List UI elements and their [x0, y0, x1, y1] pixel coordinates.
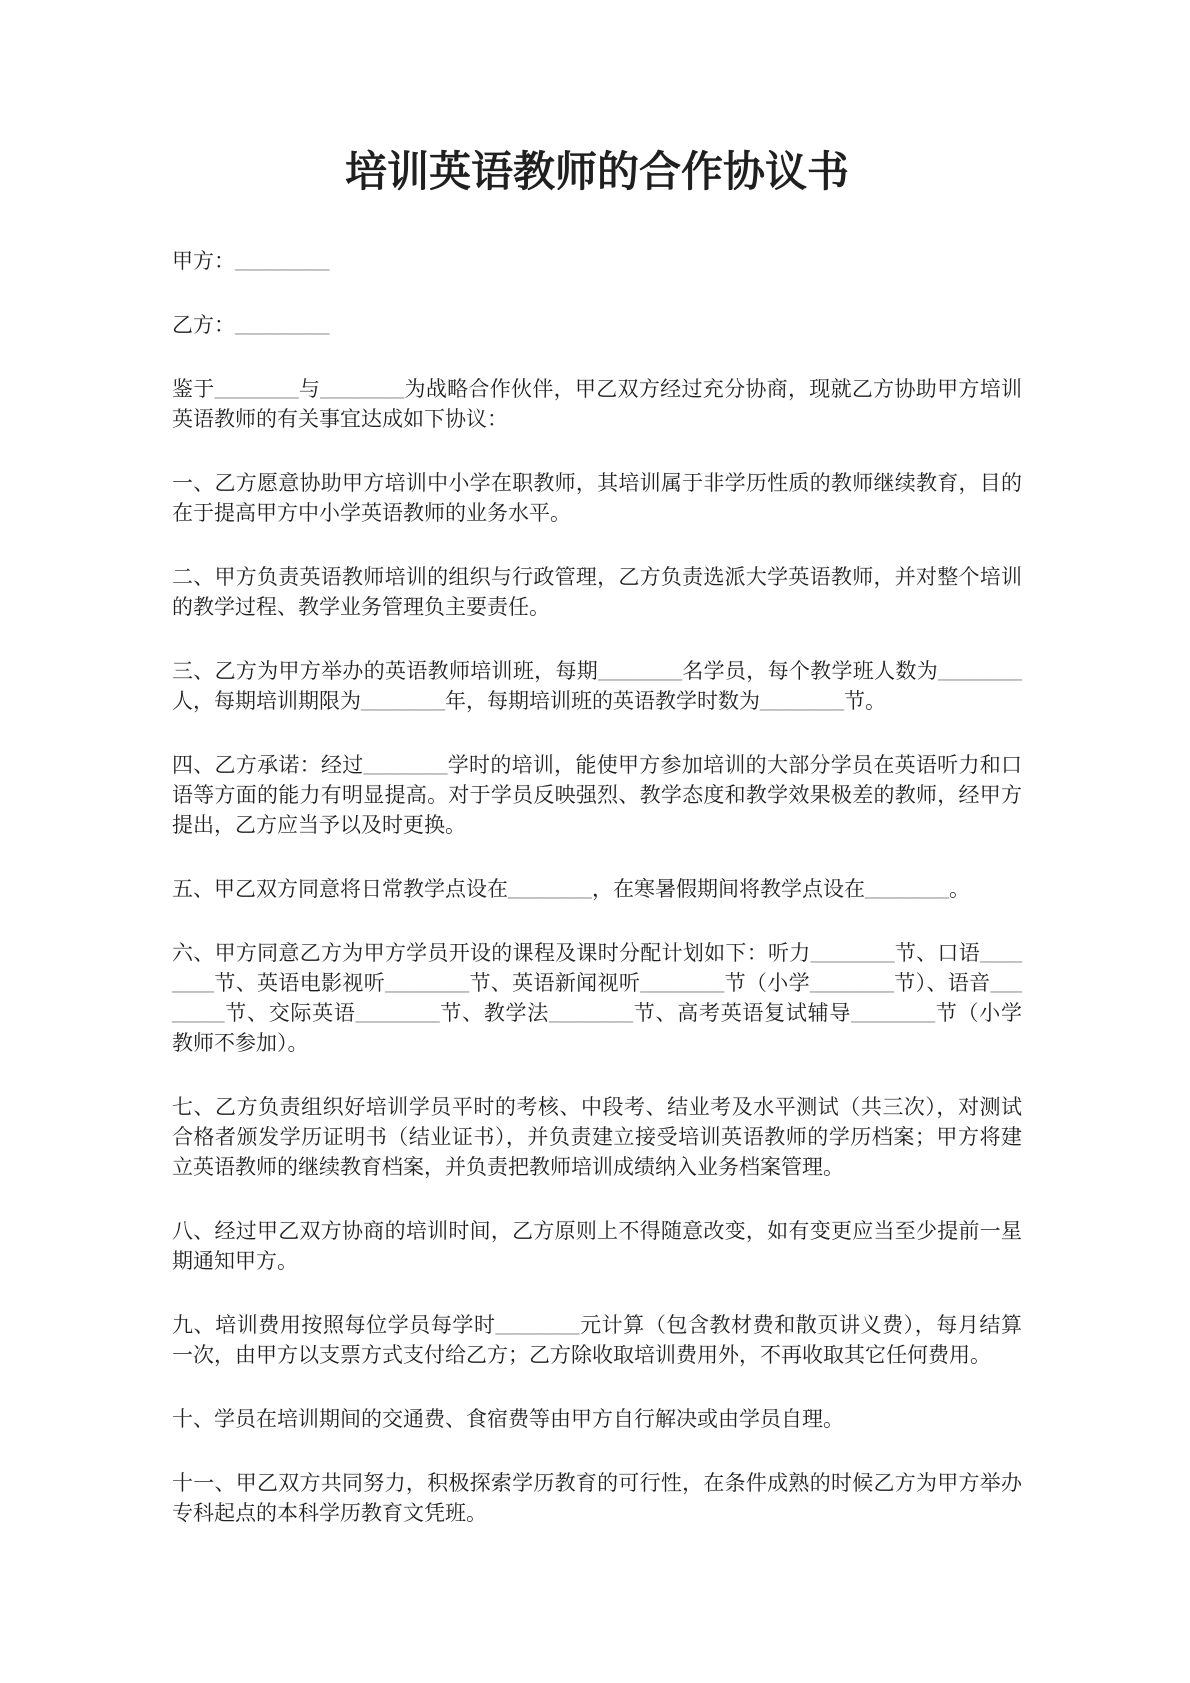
text-run: 节）、语音: [894, 971, 991, 995]
text-run: 节、英语电影视听: [214, 971, 385, 995]
blank-line: ________: [760, 689, 844, 713]
text-run: 一、乙方愿意协助甲方培训中小学在职教师，其培训属于非学历性质的教师继续教育，目的…: [172, 471, 1022, 525]
paragraph-clause-10: 十、学员在培训期间的交通费、食宿费等由甲方自行解决或由学员自理。: [172, 1404, 1022, 1434]
text-run: 七、乙方负责组织好培训学员平时的考核、中段考、结业考及水平测试（共三次），对测试…: [172, 1095, 1022, 1179]
text-run: 节、交际英语: [225, 1001, 356, 1025]
text-run: 节、教学法: [440, 1001, 549, 1025]
text-run: 与: [299, 377, 321, 401]
text-run: 乙方：: [172, 313, 235, 337]
paragraph-clause-7: 七、乙方负责组织好培训学员平时的考核、中段考、结业考及水平测试（共三次），对测试…: [172, 1092, 1022, 1182]
paragraph-party-b: 乙方：_________: [172, 310, 1022, 340]
text-run: 人，每期培训期限为: [172, 689, 361, 713]
text-run: 节（小学: [724, 971, 810, 995]
text-run: 。: [949, 877, 970, 901]
text-run: 二、甲方负责英语教师培训的组织与行政管理，乙方负责选派大学英语教师，并对整个培训…: [172, 565, 1022, 619]
text-run: 十、学员在培训期间的交通费、食宿费等由甲方自行解决或由学员自理。: [172, 1407, 844, 1431]
blank-line: ________: [508, 877, 592, 901]
paragraph-clause-11: 十一、甲乙双方共同努力，积极探索学历教育的可行性，在条件成熟的时候乙方为甲方举办…: [172, 1468, 1022, 1528]
blank-line: ________: [810, 971, 894, 995]
blank-line: ________: [364, 753, 448, 777]
document-page: 培训英语教师的合作协议书 甲方：_________乙方：_________鉴于_…: [0, 0, 1190, 1683]
text-run: 四、乙方承诺：经过: [172, 753, 364, 777]
blank-line: ________: [361, 689, 445, 713]
text-run: 鉴于: [172, 377, 215, 401]
blank-line: ________: [938, 659, 1022, 683]
text-run: 节。: [844, 689, 886, 713]
text-run: 节、英语新闻视听: [469, 971, 640, 995]
text-run: 六、甲方同意乙方为甲方学员开设的课程及课时分配计划如下：听力: [172, 941, 811, 965]
paragraph-clause-2: 二、甲方负责英语教师培训的组织与行政管理，乙方负责选派大学英语教师，并对整个培训…: [172, 562, 1022, 622]
blank-line: ________: [356, 1001, 440, 1025]
paragraph-party-a: 甲方：_________: [172, 246, 1022, 276]
blank-line: ________: [598, 659, 682, 683]
text-run: 节、口语: [895, 941, 980, 965]
paragraph-preamble: 鉴于________与________为战略合作伙伴，甲乙双方经过充分协商，现就…: [172, 374, 1022, 434]
text-run: 名学员，每个教学班人数为: [682, 659, 938, 683]
blank-line: ________: [549, 1001, 633, 1025]
blank-line: ________: [320, 377, 404, 401]
paragraph-clause-1: 一、乙方愿意协助甲方培训中小学在职教师，其培训属于非学历性质的教师继续教育，目的…: [172, 468, 1022, 528]
blank-line: ________: [640, 971, 724, 995]
text-run: 甲方：: [172, 249, 235, 273]
text-run: 节、高考英语复试辅导: [633, 1001, 851, 1025]
paragraph-clause-9: 九、培训费用按照每位学员每学时________元计算（包含教材费和散页讲义费），…: [172, 1310, 1022, 1370]
text-run: 五、甲乙双方同意将日常教学点设在: [172, 877, 508, 901]
text-run: ，在寒暑假期间将教学点设在: [592, 877, 865, 901]
text-run: 三、乙方为甲方举办的英语教师培训班，每期: [172, 659, 598, 683]
paragraph-clause-5: 五、甲乙双方同意将日常教学点设在________，在寒暑假期间将教学点设在___…: [172, 874, 1022, 904]
text-run: 九、培训费用按照每位学员每学时: [172, 1313, 496, 1337]
blank-line: ________: [865, 877, 949, 901]
paragraph-clause-8: 八、经过甲乙双方协商的培训时间，乙方原则上不得随意改变，如有变更应当至少提前一星…: [172, 1216, 1022, 1276]
text-run: 八、经过甲乙双方协商的培训时间，乙方原则上不得随意改变，如有变更应当至少提前一星…: [172, 1219, 1022, 1273]
blank-line: ________: [811, 941, 895, 965]
paragraph-clause-6: 六、甲方同意乙方为甲方学员开设的课程及课时分配计划如下：听力________节、…: [172, 938, 1022, 1058]
blank-line: ________: [385, 971, 469, 995]
document-title: 培训英语教师的合作协议书: [172, 148, 1022, 198]
text-run: 年，每期培训班的英语教学时数为: [445, 689, 760, 713]
blank-line: ________: [215, 377, 299, 401]
paragraph-clause-3: 三、乙方为甲方举办的英语教师培训班，每期________名学员，每个教学班人数为…: [172, 656, 1022, 716]
text-run: 十一、甲乙双方共同努力，积极探索学历教育的可行性，在条件成熟的时候乙方为甲方举办…: [172, 1471, 1022, 1525]
blank-line: _________: [235, 249, 330, 273]
blank-line: ________: [851, 1001, 935, 1025]
blank-line: _________: [235, 313, 330, 337]
blank-line: ________: [496, 1313, 580, 1337]
document-body: 甲方：_________乙方：_________鉴于________与_____…: [172, 246, 1022, 1528]
paragraph-clause-4: 四、乙方承诺：经过________学时的培训，能使甲方参加培训的大部分学员在英语…: [172, 750, 1022, 840]
